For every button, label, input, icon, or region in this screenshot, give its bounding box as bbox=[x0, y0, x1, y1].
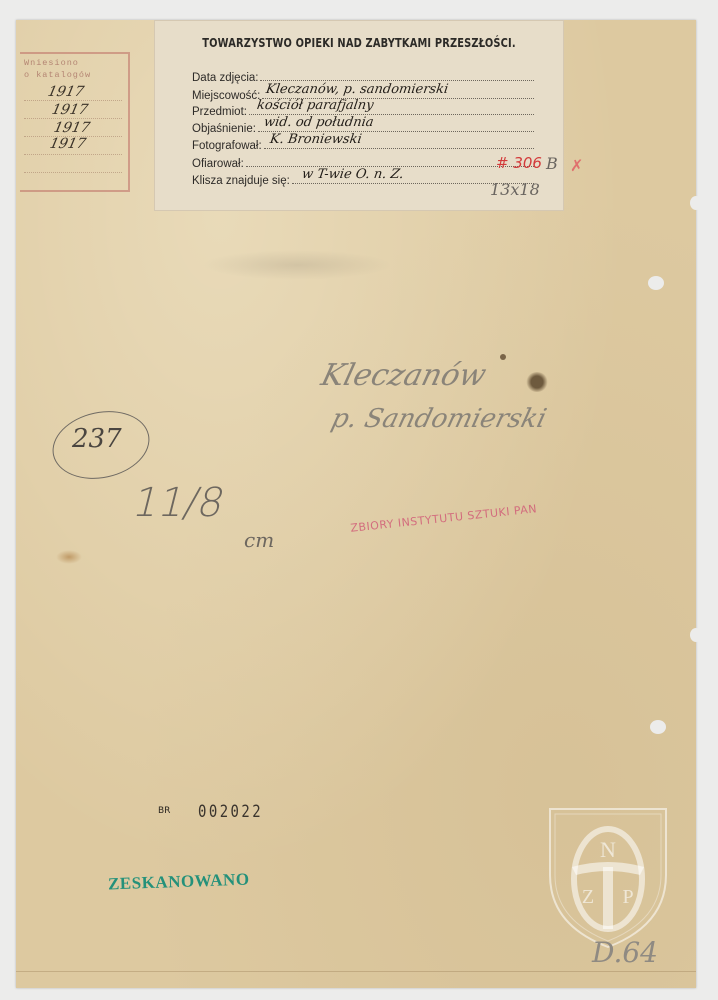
photo-record-label: TOWARZYSTWO OPIEKI NAD ZABYTKAMI PRZESZŁ… bbox=[154, 20, 564, 211]
document-sheet: Wniesiono o katalogów 1917 1917 1917 191… bbox=[16, 20, 696, 988]
catalog-stamp-line2: o katalogów bbox=[24, 70, 91, 80]
dotted-line bbox=[24, 154, 122, 155]
register-label: BR bbox=[158, 806, 170, 816]
register-number: 002022 bbox=[198, 802, 263, 822]
plate-size: 13x18 bbox=[490, 180, 540, 199]
ink-stain bbox=[526, 372, 548, 392]
pencil-ratio: 11/8 bbox=[128, 480, 229, 526]
dotted-line bbox=[24, 100, 122, 101]
handwritten-value: K. Broniewski bbox=[269, 132, 363, 147]
negative-suffix: B bbox=[546, 154, 558, 173]
institute-collection-stamp: ZBIORY INSTYTUTU SZTUKI PAN bbox=[350, 502, 538, 535]
red-x-mark: ✗ bbox=[570, 156, 583, 176]
svg-text:Z: Z bbox=[582, 886, 594, 908]
society-title: TOWARZYSTWO OPIEKI NAD ZABYTKAMI PRZESZŁ… bbox=[191, 36, 527, 50]
field-label: Miejscowość: bbox=[192, 90, 260, 102]
field-label: Klisza znajduje się: bbox=[192, 175, 290, 187]
negative-number: # 306 bbox=[496, 154, 542, 172]
field-value-line bbox=[260, 80, 534, 81]
dotted-line bbox=[24, 172, 122, 173]
field-label: Objaśnienie: bbox=[192, 123, 256, 135]
pencil-ratio-unit: cm bbox=[244, 528, 274, 552]
catalog-year: 1917 bbox=[46, 84, 85, 100]
paper-fold-line bbox=[16, 971, 696, 972]
binding-hole bbox=[648, 276, 664, 290]
field-label: Ofiarował: bbox=[192, 158, 244, 170]
pencil-district: p. Sandomierski bbox=[328, 404, 549, 434]
society-emblem-watermark-icon: N Z P bbox=[546, 805, 670, 950]
svg-text:N: N bbox=[600, 837, 616, 862]
handwritten-value: w T-wie O. n. Z. bbox=[301, 167, 405, 182]
field-label: Przedmiot: bbox=[192, 106, 247, 118]
field-description: Objaśnienie: wid. od południa bbox=[192, 119, 534, 135]
field-photographer: Fotografował: K. Broniewski bbox=[192, 136, 534, 152]
catalog-stamp-line1: Wniesiono bbox=[24, 58, 79, 68]
scanned-stamp: ZESKANOWANO bbox=[108, 870, 250, 895]
circled-number: 237 bbox=[72, 424, 122, 454]
binding-hole bbox=[650, 720, 666, 734]
handwritten-value: kościół parafjalny bbox=[256, 98, 375, 113]
rust-stain bbox=[56, 550, 82, 564]
catalog-year: 1917 bbox=[48, 136, 87, 152]
field-value-line: K. Broniewski bbox=[264, 148, 534, 149]
svg-text:P: P bbox=[622, 886, 633, 908]
edge-notch bbox=[690, 196, 702, 210]
dotted-line bbox=[24, 118, 122, 119]
handwritten-value: Kleczanów, p. sandomierski bbox=[265, 82, 449, 97]
handwritten-value: wid. od południa bbox=[263, 115, 375, 130]
pencil-corner-note: D.64 bbox=[592, 936, 658, 969]
field-negative-location: Klisza znajduje się: w T-wie O. n. Z. bbox=[192, 171, 534, 187]
catalog-stamp-box: Wniesiono o katalogów 1917 1917 1917 191… bbox=[20, 52, 130, 192]
catalog-year: 1917 bbox=[52, 120, 91, 136]
pencil-place-name: Kleczanów bbox=[318, 358, 490, 393]
ink-dot bbox=[500, 354, 506, 360]
field-label: Fotografował: bbox=[192, 140, 262, 152]
edge-notch bbox=[690, 628, 702, 642]
field-label: Data zdjęcia: bbox=[192, 72, 258, 84]
catalog-year: 1917 bbox=[50, 102, 89, 118]
smudge bbox=[202, 250, 392, 280]
